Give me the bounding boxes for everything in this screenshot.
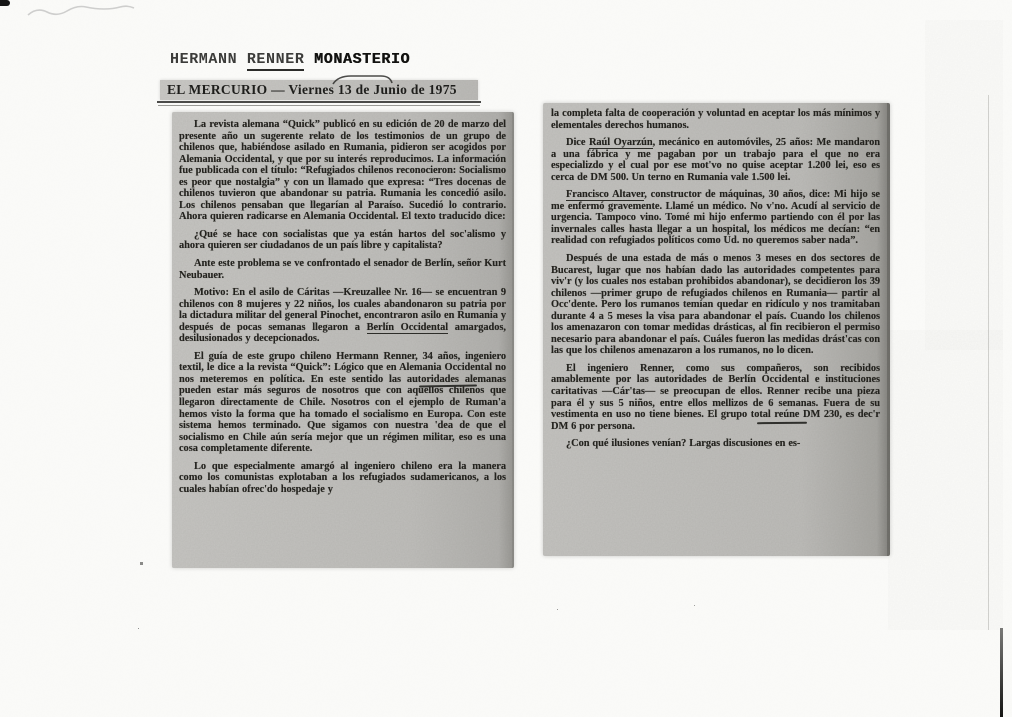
article-paragraph: El ingeniero Renner, como sus compañeros… bbox=[551, 363, 880, 432]
article-paragraph: ¿Con qué ilusiones venían? Largas discus… bbox=[551, 438, 880, 450]
article-paragraph: El guía de este grupo chileno Hermann Re… bbox=[179, 351, 506, 455]
scan-speck bbox=[140, 562, 143, 565]
article-paragraph: Motivo: En el asilo de Cáritas —Kreuzall… bbox=[179, 287, 506, 345]
article-paragraph: Después de una estada de más o menos 3 m… bbox=[551, 253, 880, 357]
typewritten-annotation: HERMANN RENNER MONASTERIO bbox=[170, 50, 410, 70]
scan-corner-mark bbox=[0, 0, 10, 6]
article-paragraph: la completa falta de cooperación y volun… bbox=[551, 108, 880, 131]
pen-stroke-right-column bbox=[757, 422, 807, 424]
underlined-phrase: Raúl Oyarzún bbox=[589, 137, 653, 149]
article-column-right: la completa falta de cooperación y volun… bbox=[543, 103, 890, 556]
scan-edge-line bbox=[1000, 628, 1003, 717]
annotation-last-name: MONASTERIO bbox=[304, 51, 410, 68]
article-paragraph: La revista alemana “Quick” publicó en su… bbox=[179, 119, 506, 223]
underlined-phrase: Berlín Occidental bbox=[367, 322, 449, 334]
masthead-date-strip: EL MERCURIO — Viernes 13 de Junio de 197… bbox=[160, 80, 478, 100]
article-paragraph: Francisco Altaver, constructor de máquin… bbox=[551, 189, 880, 247]
scan-fold-line bbox=[988, 95, 989, 630]
article-paragraph: ¿Qué se hace con socialistas que ya está… bbox=[179, 229, 506, 252]
annotation-first-name: HERMANN bbox=[170, 51, 247, 68]
scanned-document-page: { "document": { "handwritten_annotation"… bbox=[0, 0, 1012, 717]
pencil-scribble bbox=[28, 6, 134, 15]
article-paragraph: Dice Raúl Oyarzún, mecánico en automóvil… bbox=[551, 137, 880, 183]
annotation-underlined-name: RENNER bbox=[247, 51, 305, 71]
masthead-rule bbox=[157, 101, 481, 103]
article-paragraph: Ante este problema se ve confrontado el … bbox=[179, 258, 506, 281]
article-column-left: La revista alemana “Quick” publicó en su… bbox=[172, 112, 514, 568]
article-paragraph: Lo que especialmente amargó al ingeniero… bbox=[179, 461, 506, 496]
masthead-rule-thin bbox=[158, 105, 480, 106]
underlined-phrase: Francisco Altaver bbox=[566, 189, 644, 201]
